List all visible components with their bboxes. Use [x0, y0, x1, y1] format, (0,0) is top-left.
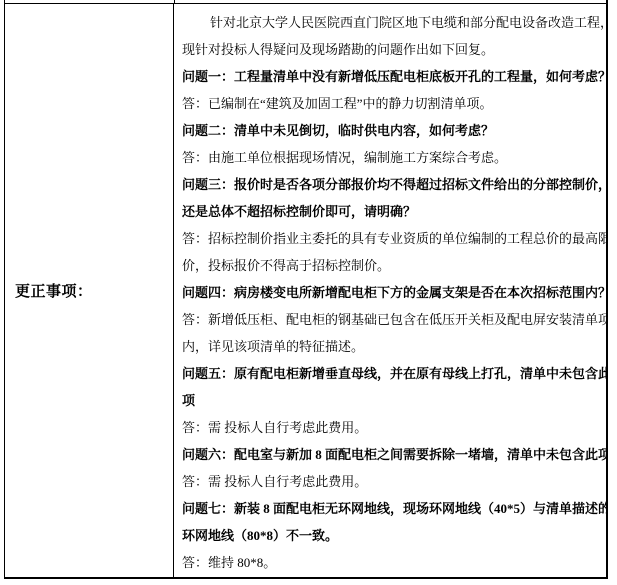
- qa-line-0: 针对北京大学人民医院西直门院区地下电缆和部分配电设备改造工程，: [182, 9, 600, 36]
- qa-line-3: 答：已编制在“建筑及加固工程”中的静力切割清单项。: [182, 90, 600, 117]
- qa-line-6: 问题三：报价时是否各项分部报价均不得超过招标文件给出的分部控制价，: [182, 171, 600, 198]
- qa-line-5: 答：由施工单位根据现场情况，编制施工方案综合考虑。: [182, 144, 600, 171]
- qa-line-12: 内，详见该项清单的特征描述。: [182, 333, 600, 360]
- qa-line-8: 答：招标控制价指业主委托的具有专业资质的单位编制的工程总价的最高限: [182, 225, 600, 252]
- correction-table: 更正事项： 针对北京大学人民医院西直门院区地下电缆和部分配电设备改造工程，现针对…: [4, 0, 608, 579]
- qa-line-1: 现针对投标人得疑问及现场踏勘的问题作出如下回复。: [182, 36, 600, 63]
- qa-line-9: 价，投标报价不得高于招标控制价。: [182, 252, 600, 279]
- qa-line-11: 答：新增低压柜、配电柜的钢基础已包含在低压开关柜及配电屏安装清单项: [182, 306, 600, 333]
- qa-line-10: 问题四：病房楼变电所新增配电柜下方的金属支架是否在本次招标范围内？: [182, 279, 600, 306]
- qa-line-13: 问题五：原有配电柜新增垂直母线，并在原有母线上打孔，清单中未包含此: [182, 360, 600, 387]
- qa-line-2: 问题一：工程量清单中没有新增低压配电柜底板开孔的工程量，如何考虑？: [182, 63, 600, 90]
- correction-label: 更正事项：: [15, 280, 93, 301]
- qa-line-14: 项: [182, 387, 600, 414]
- qa-line-19: 环网地线（80*8）不一致。: [182, 522, 600, 549]
- qa-line-15: 答：需 投标人自行考虑此费用。: [182, 414, 600, 441]
- qa-line-7: 还是总体不超招标控制价即可，请明确？: [182, 198, 600, 225]
- qa-content-cell: 针对北京大学人民医院西直门院区地下电缆和部分配电设备改造工程，现针对投标人得疑问…: [174, 4, 606, 577]
- correction-row: 更正事项： 针对北京大学人民医院西直门院区地下电缆和部分配电设备改造工程，现针对…: [5, 4, 606, 577]
- qa-line-18: 问题七：新装 8 面配电柜无环网地线，现场环网地线（40*5）与清单描述的: [182, 495, 600, 522]
- document-page: 更正事项： 针对北京大学人民医院西直门院区地下电缆和部分配电设备改造工程，现针对…: [0, 0, 617, 585]
- qa-line-17: 答：需 投标人自行考虑此费用。: [182, 468, 600, 495]
- qa-line-20: 答：维持 80*8。: [182, 549, 600, 576]
- qa-line-16: 问题六：配电室与新加 8 面配电柜之间需要拆除一堵墙，清单中未包含此项: [182, 441, 600, 468]
- correction-label-cell: 更正事项：: [5, 4, 174, 577]
- previous-row-left-cell: [5, 0, 175, 3]
- qa-line-4: 问题二：清单中未见倒切，临时供电内容，如何考虑？: [182, 117, 600, 144]
